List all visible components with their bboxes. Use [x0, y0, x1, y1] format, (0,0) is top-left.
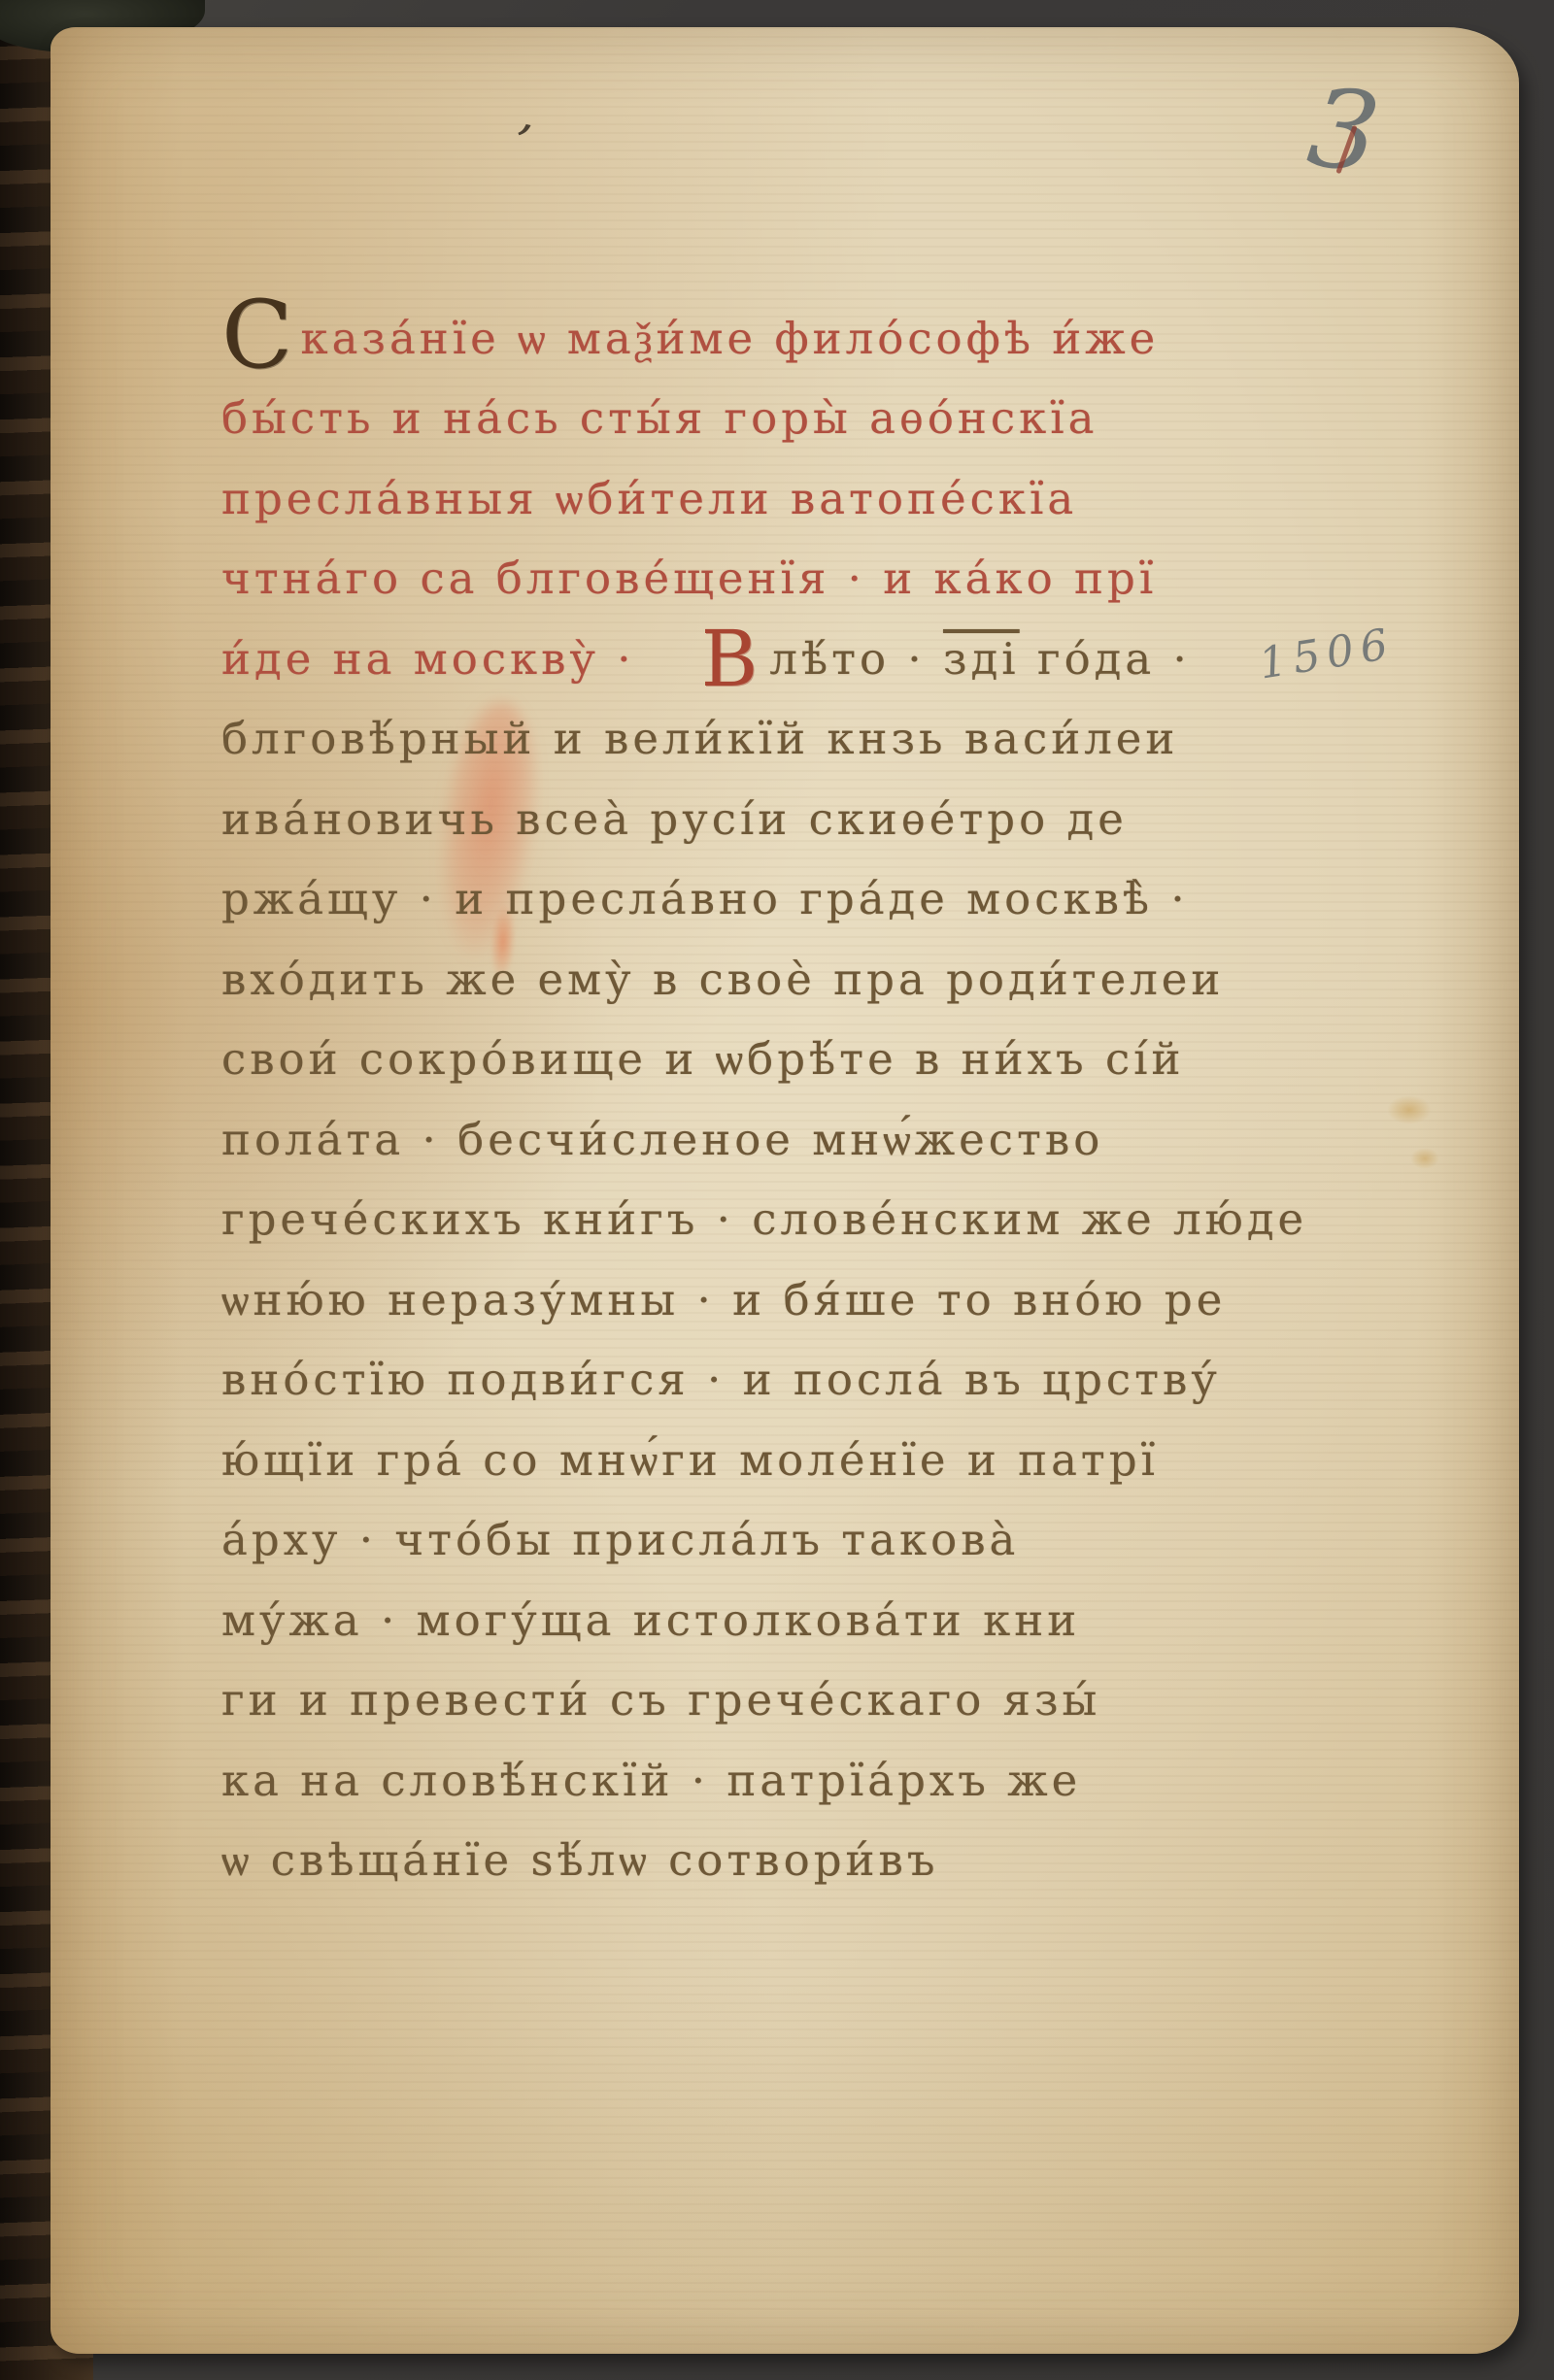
manuscript-page [51, 27, 1519, 2354]
manuscript-photo: ’ 3 1506 Сказа́нїе ѡ маѯи́ме фило́софѣ и… [0, 0, 1554, 2380]
paper-texture [51, 27, 1519, 2354]
